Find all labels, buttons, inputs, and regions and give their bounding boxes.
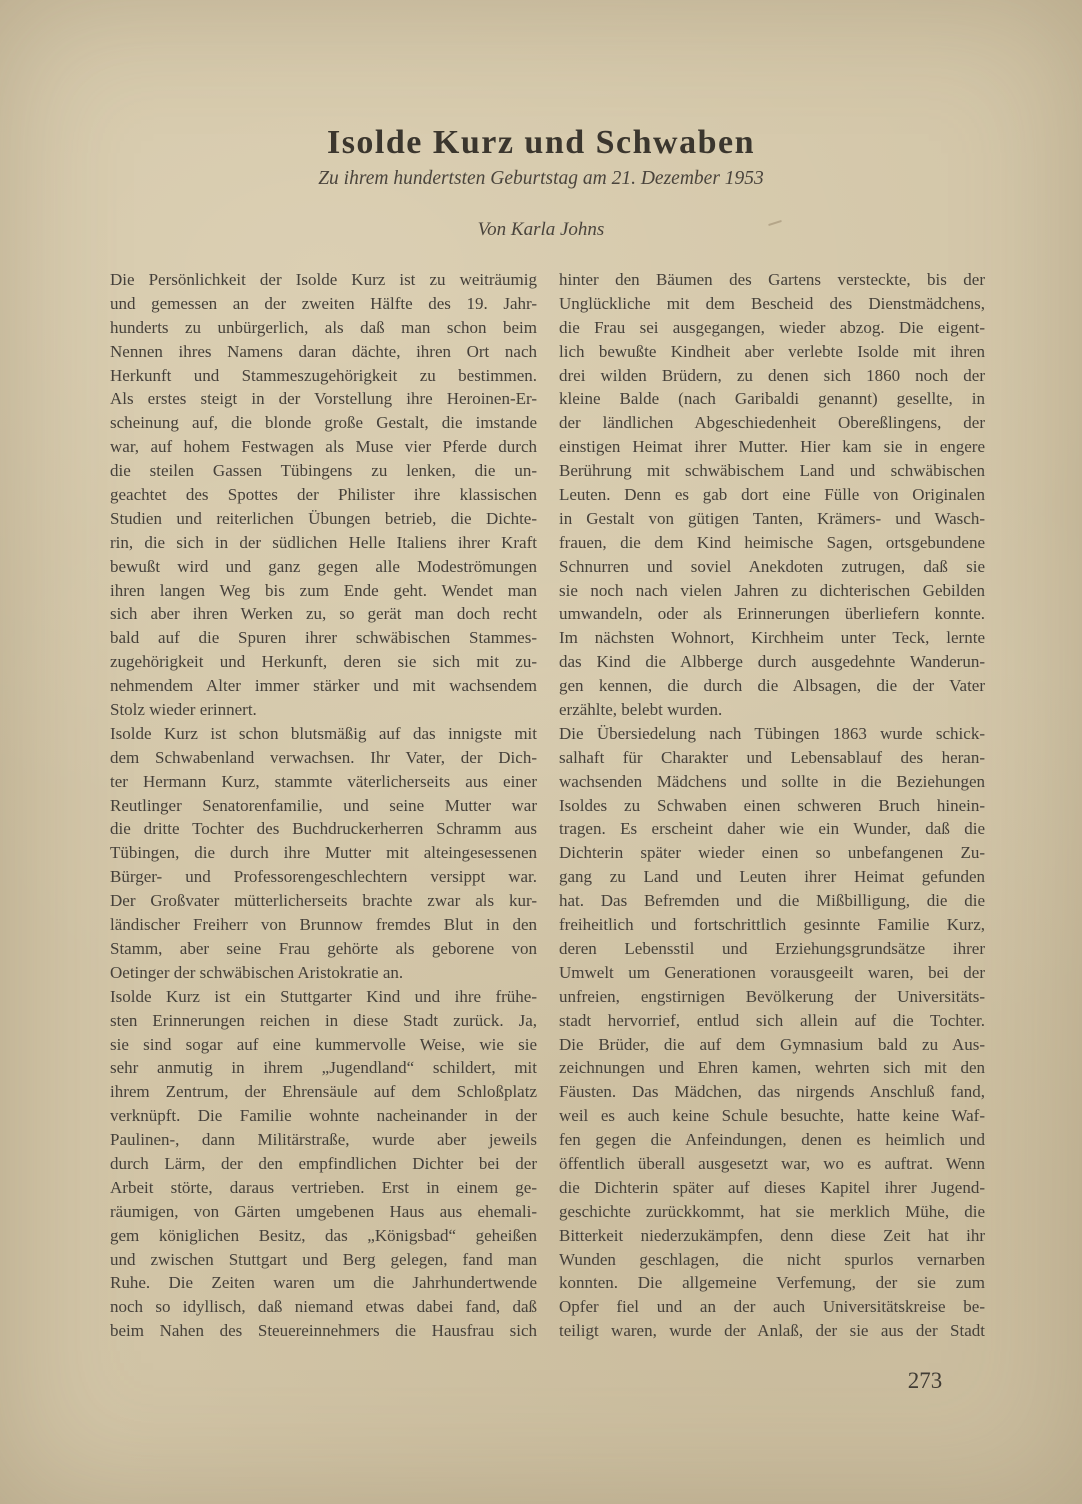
text-line: war, auf hohem Festwagen als Muse vier P…	[110, 435, 537, 459]
text-line: zeichnungen und Ehren kamen, wehrten sic…	[559, 1056, 985, 1080]
text-line: Der Großvater mütterlicherseits brachte …	[110, 889, 537, 913]
text-line: sie sind sogar auf eine kummervolle Weis…	[110, 1033, 537, 1057]
text-line: nehmendem Alter immer stärker und mit wa…	[110, 674, 537, 698]
text-line: ihrem Zentrum, der Ehrensäule auf dem Sc…	[110, 1080, 537, 1104]
text-line: unfreien, engstirnigen Bevölkerung der U…	[559, 985, 985, 1009]
text-line: hunderts zu unbürgerlich, als daß man sc…	[110, 316, 537, 340]
text-line: Reutlinger Senatorenfamilie, und seine M…	[110, 794, 537, 818]
paragraph: Isolde Kurz ist schon blutsmäßig auf das…	[110, 722, 537, 985]
text-line: durch Lärm, der den empfindlichen Dichte…	[110, 1152, 537, 1176]
text-line: Stolz wieder erinnert.	[110, 698, 537, 722]
text-line: wachsenden Mädchens und sollte in die Be…	[559, 770, 985, 794]
text-line: Unglückliche mit dem Bescheid des Dienst…	[559, 292, 985, 316]
paragraph: Die Persönlichkeit der Isolde Kurz ist z…	[110, 268, 537, 722]
text-line: Fäusten. Das Mädchen, das nirgends Ansch…	[559, 1080, 985, 1104]
text-line: dem Schwabenland verwachsen. Ihr Vater, …	[110, 746, 537, 770]
text-line: umwandeln, oder als Erinnerungen überlie…	[559, 602, 985, 626]
text-line: Als erstes steigt in der Vorstellung ihr…	[110, 387, 537, 411]
text-line: noch so idyllisch, daß niemand etwas dab…	[110, 1295, 537, 1319]
text-line: hat. Das Befremden und die Mißbilligung,…	[559, 889, 985, 913]
text-line: Die Brüder, die auf dem Gymnasium bald z…	[559, 1033, 985, 1057]
text-line: Leuten. Denn es gab dort eine Fülle von …	[559, 483, 985, 507]
scanned-page: Isolde Kurz und Schwaben Zu ihrem hunder…	[0, 0, 1082, 1504]
article-title: Isolde Kurz und Schwaben	[0, 123, 1082, 163]
text-line: rin, die sich in der südlichen Helle Ita…	[110, 531, 537, 555]
text-line: ländischer Freiherr von Brunnow fremdes …	[110, 913, 537, 937]
text-line: stadt hervorrief, entlud sich allein auf…	[559, 1009, 985, 1033]
text-line: Herkunft und Stammeszugehörigkeit zu bes…	[110, 364, 537, 388]
text-line: fen gegen die Anfeindungen, denen es hei…	[559, 1128, 985, 1152]
text-line: bald auf die Spuren ihrer schwäbischen S…	[110, 626, 537, 650]
text-line: Schnurren und soviel Anekdoten zutrugen,…	[559, 555, 985, 579]
text-line: kleine Balde (nach Garibaldi genannt) ge…	[559, 387, 985, 411]
text-line: Die Persönlichkeit der Isolde Kurz ist z…	[110, 268, 537, 292]
page-number: 273	[880, 1368, 970, 1394]
text-line: geachtet des Spottes der Philister ihre …	[110, 483, 537, 507]
text-line: sie noch nach vielen Jahren zu dichteris…	[559, 579, 985, 603]
text-line: Studien und reiterlichen Übungen betrieb…	[110, 507, 537, 531]
text-line: sehr anmutig in ihrem „Jugendland“ schil…	[110, 1056, 537, 1080]
right-column: hinter den Bäumen des Gartens versteckte…	[559, 268, 985, 1343]
text-line: Dichterin später wieder einen so unbefan…	[559, 841, 985, 865]
text-line: frauen, die dem Kind heimische Sagen, or…	[559, 531, 985, 555]
text-line: Tübingen, die durch ihre Mutter mit alte…	[110, 841, 537, 865]
text-line: Isolde Kurz ist ein Stuttgarter Kind und…	[110, 985, 537, 1009]
text-line: die steilen Gassen Tübingens zu lenken, …	[110, 459, 537, 483]
text-line: beim Nahen des Steuereinnehmers die Haus…	[110, 1319, 537, 1343]
text-line: ter Hermann Kurz, stammte väterlichersei…	[110, 770, 537, 794]
text-line: Ruhe. Die Zeiten waren um die Jahrhunder…	[110, 1271, 537, 1295]
article-subtitle: Zu ihrem hundertsten Geburtstag am 21. D…	[0, 168, 1082, 190]
text-line: die dritte Tochter des Buchdruckerherren…	[110, 817, 537, 841]
text-line: freiheitlich und fortschrittlich gesinnt…	[559, 913, 985, 937]
text-line: räumigen, von Gärten umgebenen Haus aus …	[110, 1200, 537, 1224]
text-line: öffentlich überall ausgesetzt war, wo es…	[559, 1152, 985, 1176]
text-line: Opfer fiel und an der auch Universitätsk…	[559, 1295, 985, 1319]
text-line: Paulinen-, dann Militärstraße, wurde abe…	[110, 1128, 537, 1152]
text-line: tragen. Es erscheint daher wie ein Wunde…	[559, 817, 985, 841]
text-line: deren Lebensstil und Erziehungsgrundsätz…	[559, 937, 985, 961]
text-line: lich bewußte Kindheit aber verlebte Isol…	[559, 340, 985, 364]
text-line: in Gestalt von gütigen Tanten, Krämers- …	[559, 507, 985, 531]
text-line: drei wilden Brüdern, zu denen sich 1860 …	[559, 364, 985, 388]
paragraph: Isolde Kurz ist ein Stuttgarter Kind und…	[110, 985, 537, 1343]
text-line: und gemessen an der zweiten Hälfte des 1…	[110, 292, 537, 316]
text-line: Wunden geschlagen, die nicht spurlos ver…	[559, 1248, 985, 1272]
text-line: gem königlichen Besitz, das „Königsbad“ …	[110, 1224, 537, 1248]
text-line: gen kennen, die durch die Albsagen, die …	[559, 674, 985, 698]
text-line: gang zu Land und Leuten ihrer Heimat gef…	[559, 865, 985, 889]
text-line: verknüpft. Die Familie wohnte nacheinand…	[110, 1104, 537, 1128]
text-line: Nennen ihres Namens daran dächte, ihren …	[110, 340, 537, 364]
text-line: Berührung mit schwäbischem Land und schw…	[559, 459, 985, 483]
text-line: geschichte zurückkommt, hat sie merklich…	[559, 1200, 985, 1224]
text-line: einstigen Heimat ihrer Mutter. Hier kam …	[559, 435, 985, 459]
text-line: bewußt wird und ganz gegen alle Modeströ…	[110, 555, 537, 579]
text-line: hinter den Bäumen des Gartens versteckte…	[559, 268, 985, 292]
text-line: zugehörigkeit und Herkunft, deren sie si…	[110, 650, 537, 674]
text-line: Isoldes zu Schwaben einen schweren Bruch…	[559, 794, 985, 818]
paragraph: hinter den Bäumen des Gartens versteckte…	[559, 268, 985, 722]
text-line: teiligt waren, wurde der Anlaß, der sie …	[559, 1319, 985, 1343]
text-line: Umwelt um Generationen vorausgeeilt ware…	[559, 961, 985, 985]
text-line: sten Erinnerungen reichen in diese Stadt…	[110, 1009, 537, 1033]
text-line: Stamm, aber seine Frau gehörte als gebor…	[110, 937, 537, 961]
text-line: der ländlichen Abgeschiedenheit Obereßli…	[559, 411, 985, 435]
text-line: Isolde Kurz ist schon blutsmäßig auf das…	[110, 722, 537, 746]
text-line: Arbeit störte, daraus vertrieben. Erst i…	[110, 1176, 537, 1200]
paragraph: Die Übersiedelung nach Tübingen 1863 wur…	[559, 722, 985, 1343]
text-line: Bürger- und Professorengeschlechtern ver…	[110, 865, 537, 889]
left-column: Die Persönlichkeit der Isolde Kurz ist z…	[110, 268, 537, 1343]
text-line: das Kind die Albberge durch ausgedehnte …	[559, 650, 985, 674]
text-line: sich aber ihren Werken zu, so gerät man …	[110, 602, 537, 626]
text-line: die Dichterin später auf dieses Kapitel …	[559, 1176, 985, 1200]
article-byline: Von Karla Johns	[0, 219, 1082, 241]
text-line: salhaft für Charakter und Lebensablauf d…	[559, 746, 985, 770]
text-columns: Die Persönlichkeit der Isolde Kurz ist z…	[110, 268, 985, 1343]
text-line: scheinung auf, die blonde große Gestalt,…	[110, 411, 537, 435]
text-line: erzählte, belebt wurden.	[559, 698, 985, 722]
text-line: ihren langen Weg bis zum Ende geht. Wend…	[110, 579, 537, 603]
text-line: konnten. Die allgemeine Verfemung, der s…	[559, 1271, 985, 1295]
text-line: Bitterkeit niederzukämpfen, denn diese Z…	[559, 1224, 985, 1248]
text-line: und zwischen Stuttgart und Berg gelegen,…	[110, 1248, 537, 1272]
text-line: Die Übersiedelung nach Tübingen 1863 wur…	[559, 722, 985, 746]
text-line: weil es auch keine Schule besuchte, hatt…	[559, 1104, 985, 1128]
text-line: die Frau sei ausgegangen, wieder abzog. …	[559, 316, 985, 340]
text-line: Im nächsten Wohnort, Kirchheim unter Tec…	[559, 626, 985, 650]
text-line: Oetinger der schwäbischen Aristokratie a…	[110, 961, 537, 985]
